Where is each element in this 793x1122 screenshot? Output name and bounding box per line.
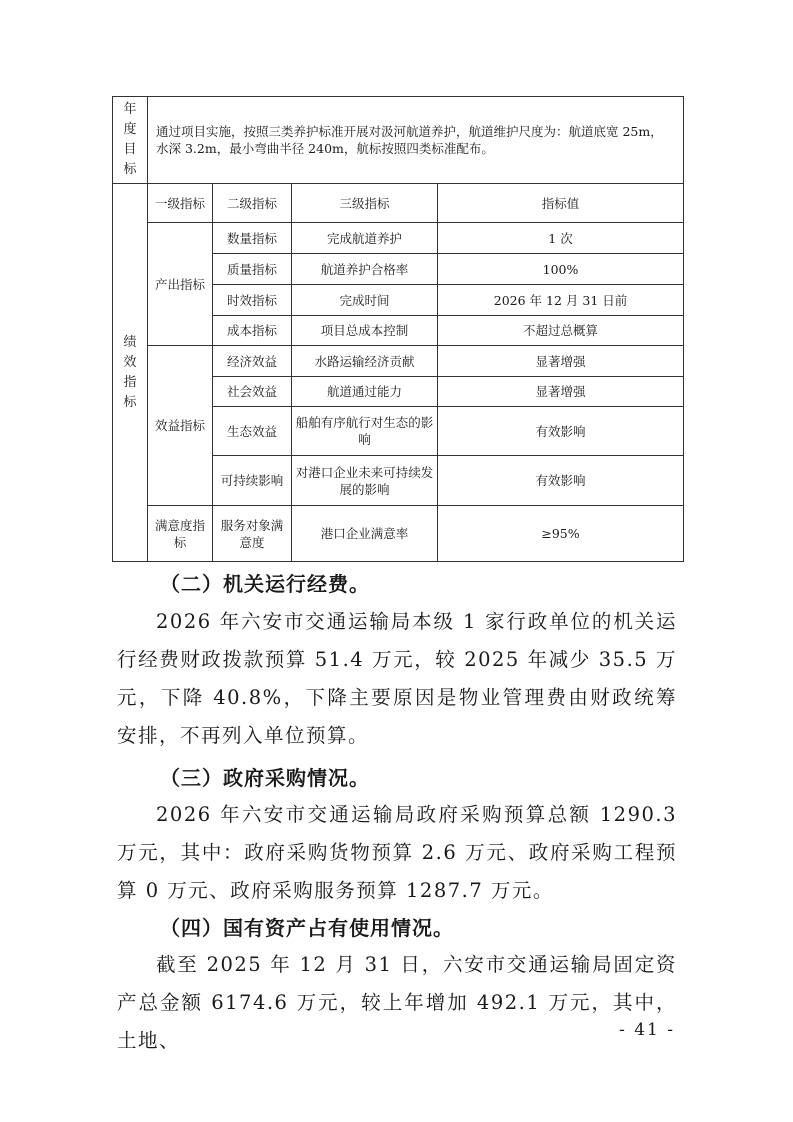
value-cell: 有效影响: [438, 456, 684, 506]
level2-cell: 可持续影响: [213, 456, 292, 506]
header-value: 指标值: [438, 184, 684, 223]
value-cell: 不超过总概算: [438, 316, 684, 346]
value-cell: ≥95%: [438, 506, 684, 562]
level3-cell: 完成时间: [292, 285, 438, 316]
level2-cell: 数量指标: [213, 223, 292, 254]
annual-goal-row: 年度目标 通过项目实施，按照三类养护标准开展对汲河航道养护，航道维护尺度为：航道…: [113, 97, 684, 184]
level3-cell: 项目总成本控制: [292, 316, 438, 346]
table-row: 满意度指标 服务对象满意度 港口企业满意率 ≥95%: [113, 506, 684, 562]
header-level2: 二级指标: [213, 184, 292, 223]
level3-cell: 对港口企业未来可持续发展的影响: [292, 456, 438, 506]
level3-cell: 完成航道养护: [292, 223, 438, 254]
level1-benefit: 效益指标: [148, 346, 213, 506]
annual-goal-text: 通过项目实施，按照三类养护标准开展对汲河航道养护，航道维护尺度为：航道底宽 25…: [148, 97, 684, 184]
table-row: 效益指标 经济效益 水路运输经济贡献 显著增强: [113, 346, 684, 377]
level2-cell: 经济效益: [213, 346, 292, 377]
level3-cell: 水路运输经济贡献: [292, 346, 438, 377]
level2-cell: 生态效益: [213, 407, 292, 456]
level3-cell: 船舶有序航行对生态的影响: [292, 407, 438, 456]
section-body-state-assets: 截至 2025 年 12 月 31 日，六安市交通运输局固定资产总金额 6174…: [117, 946, 677, 1060]
level2-cell: 社会效益: [213, 377, 292, 407]
level1-output: 产出指标: [148, 223, 213, 346]
section-body-procurement: 2026 年六安市交通运输局政府采购预算总额 1290.3 万元，其中：政府采购…: [117, 796, 677, 910]
table-header-row: 绩效指标 一级指标 二级指标 三级指标 指标值: [113, 184, 684, 223]
page-number: - 41 -: [619, 1020, 675, 1040]
section-body-operating-expenses: 2026 年六安市交通运输局本级 1 家行政单位的机关运行经费财政拨款预算 51…: [117, 603, 677, 755]
value-cell: 显著增强: [438, 377, 684, 407]
value-cell: 有效影响: [438, 407, 684, 456]
value-cell: 显著增强: [438, 346, 684, 377]
level2-cell: 时效指标: [213, 285, 292, 316]
section-title-state-assets: （四）国有资产占有使用情况。: [160, 912, 454, 941]
level2-cell: 服务对象满意度: [213, 506, 292, 562]
header-level1: 一级指标: [148, 184, 213, 223]
level2-cell: 质量指标: [213, 254, 292, 285]
header-level3: 三级指标: [292, 184, 438, 223]
value-cell: 100%: [438, 254, 684, 285]
level1-satisfaction: 满意度指标: [148, 506, 213, 562]
value-cell: 1 次: [438, 223, 684, 254]
performance-goal-table: 年度目标 通过项目实施，按照三类养护标准开展对汲河航道养护，航道维护尺度为：航道…: [112, 96, 684, 562]
level3-cell: 航道养护合格率: [292, 254, 438, 285]
table-row: 产出指标 数量指标 完成航道养护 1 次: [113, 223, 684, 254]
value-cell: 2026 年 12 月 31 日前: [438, 285, 684, 316]
level2-cell: 成本指标: [213, 316, 292, 346]
section-title-operating-expenses: （二）机关运行经费。: [160, 568, 370, 597]
perf-indicator-label: 绩效指标: [113, 184, 148, 562]
section-title-procurement: （三）政府采购情况。: [160, 762, 370, 791]
annual-goal-label: 年度目标: [113, 97, 148, 184]
level3-cell: 港口企业满意率: [292, 506, 438, 562]
level3-cell: 航道通过能力: [292, 377, 438, 407]
